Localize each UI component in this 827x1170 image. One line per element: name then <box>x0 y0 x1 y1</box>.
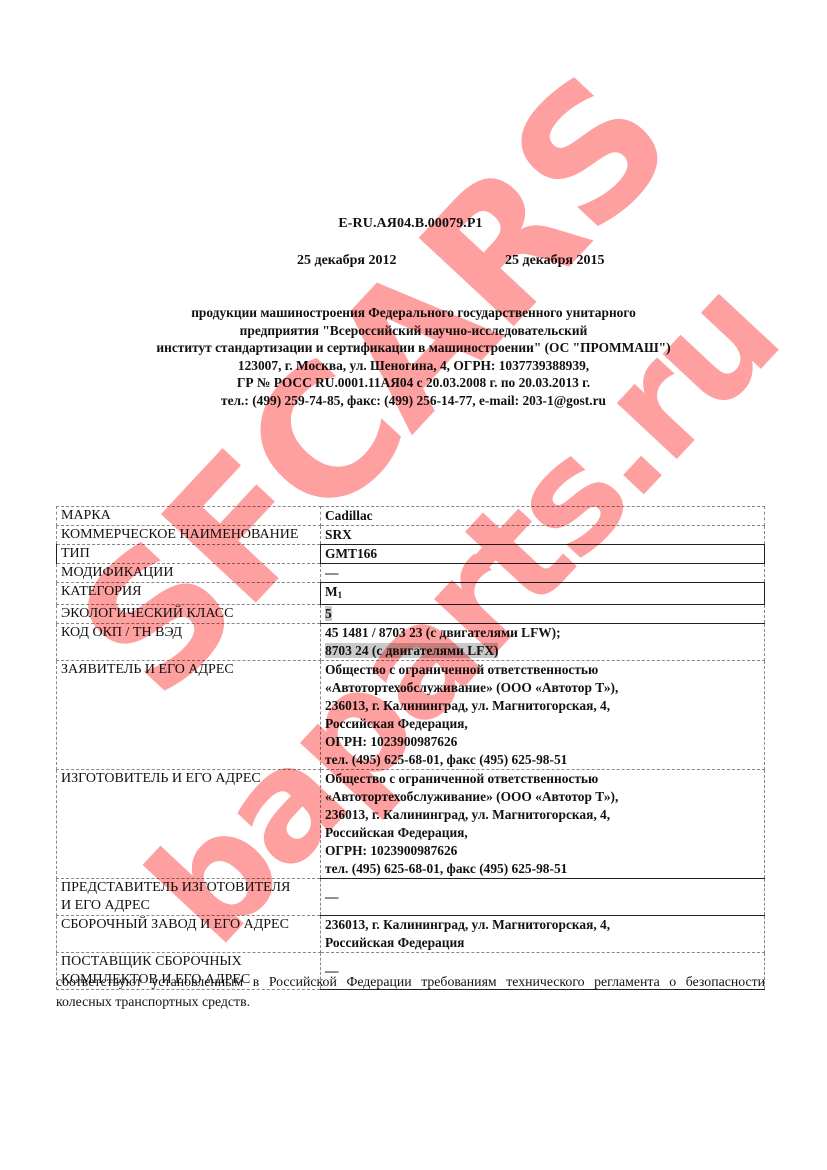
row-value: Общество с ограниченной ответственностью… <box>321 661 765 770</box>
table-row: МОДИФИКАЦИИ — <box>57 564 765 583</box>
closing-line-1: соответствуют установленным в Российской… <box>56 972 765 992</box>
date-to: 25 декабря 2015 <box>505 253 605 269</box>
address-line: Общество с ограниченной ответственностью <box>325 770 760 788</box>
row-label: ЗАЯВИТЕЛЬ И ЕГО АДРЕС <box>57 661 321 770</box>
address-line: «Автотортехобслуживание» (ООО «Автотор Т… <box>325 788 760 806</box>
row-value: SRX <box>321 526 765 545</box>
closing-line-2: колесных транспортных средств. <box>56 994 250 1009</box>
table-row: ИЗГОТОВИТЕЛЬ И ЕГО АДРЕС Общество с огра… <box>57 770 765 879</box>
table-row: ЗАЯВИТЕЛЬ И ЕГО АДРЕС Общество с огранич… <box>57 661 765 770</box>
row-label: КАТЕГОРИЯ <box>57 583 321 605</box>
row-label: ИЗГОТОВИТЕЛЬ И ЕГО АДРЕС <box>57 770 321 879</box>
category-main: M <box>325 584 338 599</box>
address-line: 236013, г. Калининград, ул. Магнитогорск… <box>325 806 760 824</box>
row-label: ПРЕДСТАВИТЕЛЬ ИЗГОТОВИТЕЛЯ И ЕГО АДРЕС <box>57 879 321 916</box>
issuer-line: тел.: (499) 259-74-85, факс: (499) 256-1… <box>0 392 827 410</box>
spec-table: МАРКА Cadillac КОММЕРЧЕСКОЕ НАИМЕНОВАНИЕ… <box>56 506 765 990</box>
address-line: 236013, г. Калининград, ул. Магнитогорск… <box>325 916 760 934</box>
issuer-line: ГР № РОСС RU.0001.11АЯ04 с 20.03.2008 г.… <box>0 374 827 392</box>
row-value: — <box>321 879 765 916</box>
row-label: КОММЕРЧЕСКОЕ НАИМЕНОВАНИЕ <box>57 526 321 545</box>
issuer-line: 123007, г. Москва, ул. Шеногина, 4, ОГРН… <box>0 357 827 375</box>
eco-class-value: 5 <box>325 606 332 621</box>
date-from: 25 декабря 2012 <box>297 253 397 269</box>
issuer-line: продукции машиностроения Федерального го… <box>0 304 827 322</box>
label-line: И ЕГО АДРЕС <box>61 897 316 915</box>
issuer-line: институт стандартизации и сертификации в… <box>0 339 827 357</box>
closing-statement: соответствуют установленным в Российской… <box>56 972 765 1012</box>
address-line: Российская Федерация <box>325 934 760 952</box>
issuer-line: предприятия "Всероссийский научно-исслед… <box>0 322 827 340</box>
row-label: КОД ОКП / ТН ВЭД <box>57 624 321 661</box>
table-row: ЭКОЛОГИЧЕСКИЙ КЛАСС 5 <box>57 605 765 624</box>
label-line: ПОСТАВЩИК СБОРОЧНЫХ <box>61 953 316 971</box>
address-line: Общество с ограниченной ответственностью <box>325 661 760 679</box>
row-label: МОДИФИКАЦИИ <box>57 564 321 583</box>
row-value: Cadillac <box>321 507 765 526</box>
certificate-number-text: E-RU.АЯ04.В.00079.Р1 <box>338 216 482 231</box>
table-row: ТИП GMT166 <box>57 545 765 564</box>
address-line: тел. (495) 625-68-01, факс (495) 625-98-… <box>325 751 760 769</box>
issuer-block: продукции машиностроения Федерального го… <box>0 304 827 410</box>
table-row: КОД ОКП / ТН ВЭД 45 1481 / 8703 23 (с дв… <box>57 624 765 661</box>
address-line: «Автотортехобслуживание» (ООО «Автотор Т… <box>325 679 760 697</box>
row-value: 5 <box>321 605 765 624</box>
table-row: КАТЕГОРИЯ M1 <box>57 583 765 605</box>
row-label: ЭКОЛОГИЧЕСКИЙ КЛАСС <box>57 605 321 624</box>
category-subscript: 1 <box>338 590 343 600</box>
table-row: КОММЕРЧЕСКОЕ НАИМЕНОВАНИЕ SRX <box>57 526 765 545</box>
code-line: 8703 24 (с двигателями LFX) <box>325 642 760 660</box>
row-value: 236013, г. Калининград, ул. Магнитогорск… <box>321 916 765 953</box>
table-row: МАРКА Cadillac <box>57 507 765 526</box>
code-line: 45 1481 / 8703 23 (с двигателями LFW); <box>325 624 760 642</box>
address-line: 236013, г. Калининград, ул. Магнитогорск… <box>325 697 760 715</box>
row-value: — <box>321 564 765 583</box>
address-line: тел. (495) 625-68-01, факс (495) 625-98-… <box>325 860 760 878</box>
address-line: ОГРН: 1023900987626 <box>325 733 760 751</box>
table-row: ПРЕДСТАВИТЕЛЬ ИЗГОТОВИТЕЛЯ И ЕГО АДРЕС — <box>57 879 765 916</box>
row-value: GMT166 <box>321 545 765 564</box>
certificate-number: E-RU.АЯ04.В.00079.Р1 <box>0 216 827 232</box>
label-line: ПРЕДСТАВИТЕЛЬ ИЗГОТОВИТЕЛЯ <box>61 879 316 897</box>
address-line: Российская Федерация, <box>325 824 760 842</box>
row-value: Общество с ограниченной ответственностью… <box>321 770 765 879</box>
code-highlight: 8703 24 (с двигателями LFX) <box>325 643 498 658</box>
address-line: ОГРН: 1023900987626 <box>325 842 760 860</box>
row-label: СБОРОЧНЫЙ ЗАВОД И ЕГО АДРЕС <box>57 916 321 953</box>
address-line: Российская Федерация, <box>325 715 760 733</box>
row-label: МАРКА <box>57 507 321 526</box>
row-label: ТИП <box>57 545 321 564</box>
row-value: M1 <box>321 583 765 605</box>
table-row: СБОРОЧНЫЙ ЗАВОД И ЕГО АДРЕС 236013, г. К… <box>57 916 765 953</box>
row-value: 45 1481 / 8703 23 (с двигателями LFW); 8… <box>321 624 765 661</box>
